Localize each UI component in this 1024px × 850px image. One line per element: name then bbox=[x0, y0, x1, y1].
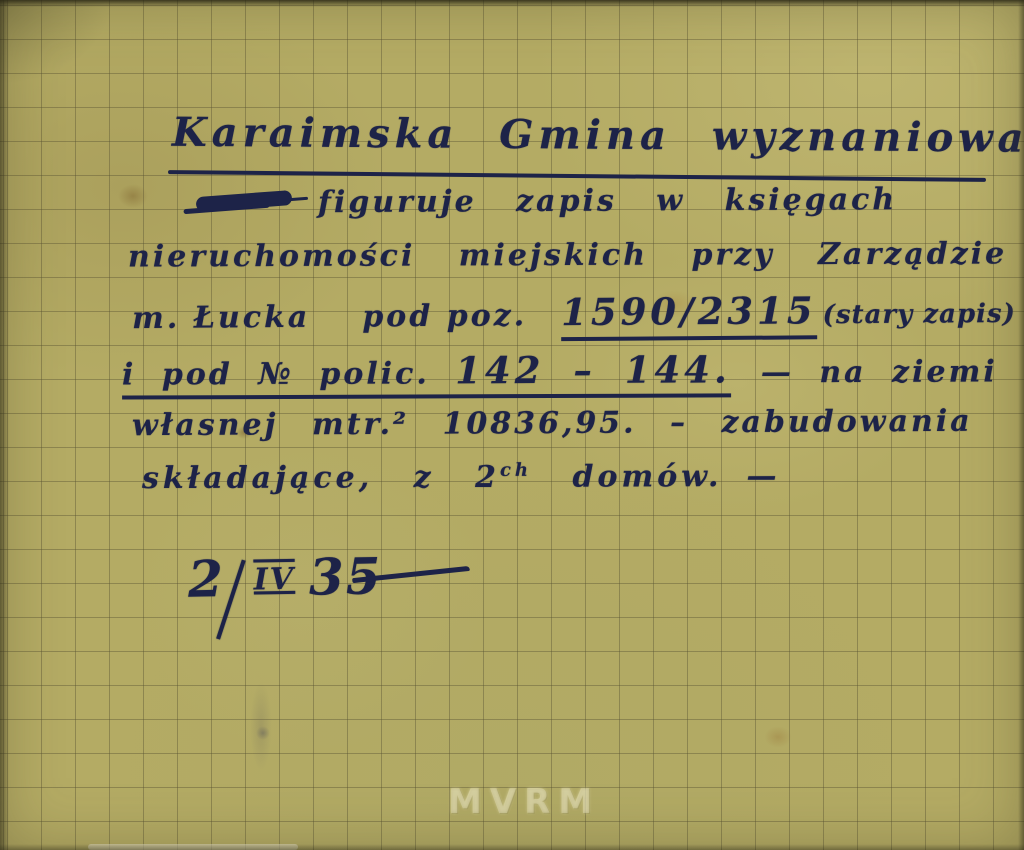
line7-post: domów. bbox=[572, 459, 722, 495]
line5-label: i pod № polic. bbox=[122, 356, 430, 392]
line7-superscript: ch bbox=[500, 460, 532, 481]
line4-city: m. Łucka bbox=[132, 300, 310, 336]
line5-police-numbers: 142 – 144. bbox=[455, 347, 731, 392]
body-line-3: nieruchomości miejskich przy Zarządzie bbox=[128, 236, 1007, 274]
date-day: 2 bbox=[187, 549, 225, 609]
crossed-out-word bbox=[196, 190, 293, 212]
line7-pre: składające, z 2 bbox=[142, 460, 500, 496]
paper-stain bbox=[764, 726, 792, 748]
line7-end-dash: — bbox=[746, 459, 780, 494]
heading-line: Karaimska Gmina wyznaniowa — bbox=[172, 109, 1024, 163]
heading-text: Karaimska Gmina wyznaniowa — bbox=[172, 109, 1024, 163]
line4-pod-poz: pod poz. bbox=[362, 298, 527, 334]
body-line-5: i pod № polic. 142 – 144.— na ziemi bbox=[122, 346, 998, 393]
line2-text: figuruje zapis w księgach bbox=[318, 182, 897, 220]
paper-edge-highlight bbox=[88, 844, 298, 850]
watermark-text: MVRM bbox=[448, 782, 600, 822]
line3-text: nieruchomości miejskich przy Zarządzie bbox=[128, 236, 1007, 274]
heading-underline bbox=[168, 170, 986, 182]
paper-smudge bbox=[250, 682, 272, 772]
body-line-4: m. Łuckapod poz.1590/2315(stary zapis) bbox=[132, 287, 1016, 337]
body-line-2: figuruje zapis w księgach bbox=[196, 182, 897, 221]
line6-text: własnej mtr.² 10836,95. – zabudowania bbox=[132, 404, 973, 443]
line5-suffix: — na ziemi bbox=[761, 354, 998, 390]
line4-register-number: 1590/2315 bbox=[561, 288, 817, 341]
paper-stain bbox=[118, 184, 148, 208]
line4-old-record-note: (stary zapis) bbox=[823, 299, 1016, 330]
paper-smudge-dot bbox=[256, 726, 270, 740]
squared-paper-page: Karaimska Gmina wyznaniowa — figuruje za… bbox=[0, 0, 1024, 850]
body-line-7: składające, z 2ch domów.— bbox=[142, 459, 781, 496]
body-line-6: własnej mtr.² 10836,95. – zabudowania bbox=[132, 404, 973, 443]
date-month-roman: IV bbox=[253, 562, 295, 598]
